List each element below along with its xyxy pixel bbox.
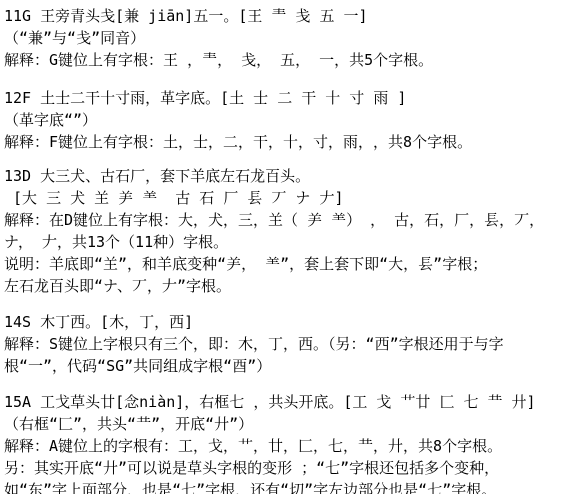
section-13d-remark-2: 左石龙百头即“ナ、丆，𠂇”字根。 (4, 275, 559, 297)
section-12f: 12F 土士二干十寸雨，革字底。[土 士 二 干 十 寸 雨 𠦂] （革字底“𠦂… (4, 87, 559, 153)
section-12f-title-line: 12F 土士二干十寸雨，革字底。[土 士 二 干 十 寸 雨 𠦂] (4, 87, 559, 109)
section-14s-explanation-1: 解释：S键位上字根只有三个，即：木，丁，西。（另：“西”字根还用于与字 (4, 333, 559, 355)
section-13d-remark-1: 说明：羊底即“𦍌”，和羊底变种“⺶， ⺷”，套上套下即“大，镸”字根； (4, 253, 559, 275)
section-13d-explanation-2: ナ， 𠂇，共13个（11种）字根。 (4, 231, 559, 253)
document-page: { "page": { "background_color": "#ffffff… (0, 0, 561, 494)
section-13d-title-line: 13D 大三犬、古石厂，套下羊底左石龙百头。 (4, 165, 559, 187)
section-15a-radical-note: （右框“匚”，共头“龷”，开底“廾”） (4, 413, 559, 435)
section-14s-title-line: 14S 木丁西。[木，丁，西] (4, 311, 559, 333)
section-13d: 13D 大三犬、古石厂，套下羊底左石龙百头。 [大 三 犬 𦍌 ⺶ ⺷ 古 石 … (4, 165, 559, 297)
section-11g-explanation: 解释：G键位上有字根：王 ，龶， 戋， 五， 一，共5个字根。 (4, 49, 559, 71)
section-15a-remark-1: 另：其实开底“廾”可以说是草头字根的变形 ；“七”字根还包括多个变种， (4, 457, 559, 479)
section-12f-radical-note: （革字底“𠦂”） (4, 109, 559, 131)
section-14s-explanation-2: 根“一”，代码“SG”共同组成字根“酉”） (4, 355, 559, 377)
section-13d-explanation-1: 解释：在D键位上有字根：大，犬，三，𦍌（ ⺶ ⺷） ， 古，石，厂，镸，丆， (4, 209, 559, 231)
section-15a-remark-2: 如“东”字上面部分，也是“七”字根，还有“切”字左边部分也是“七”字根。 (4, 479, 559, 494)
section-14s: 14S 木丁西。[木，丁，西] 解释：S键位上字根只有三个，即：木，丁，西。（另… (4, 311, 559, 377)
section-13d-root-list: [大 三 犬 𦍌 ⺶ ⺷ 古 石 厂 镸 丆 ナ 𠂇] (4, 187, 559, 209)
section-11g: 11G 王旁青头戋[兼 jiān]五一。[王 龶 戋 五 一] （“兼”与“戋”… (4, 5, 559, 71)
section-15a-explanation: 解释：A键位上的字根有：工，戈，艹，廿，匚，七，龷，廾，共8个字根。 (4, 435, 559, 457)
section-15a-title-line: 15A 工戈草头廿[念niàn]，右框七 ，共头开底。[工 戈 艹廿 匚 七 龷… (4, 391, 559, 413)
section-11g-title-line: 11G 王旁青头戋[兼 jiān]五一。[王 龶 戋 五 一] (4, 5, 559, 27)
section-11g-homophone-note: （“兼”与“戋”同音） (4, 27, 559, 49)
section-12f-explanation: 解释：F键位上有字根：土，士，二，干，十，寸，雨，𠦂，共8个字根。 (4, 131, 559, 153)
section-15a: 15A 工戈草头廿[念niàn]，右框七 ，共头开底。[工 戈 艹廿 匚 七 龷… (4, 391, 559, 494)
